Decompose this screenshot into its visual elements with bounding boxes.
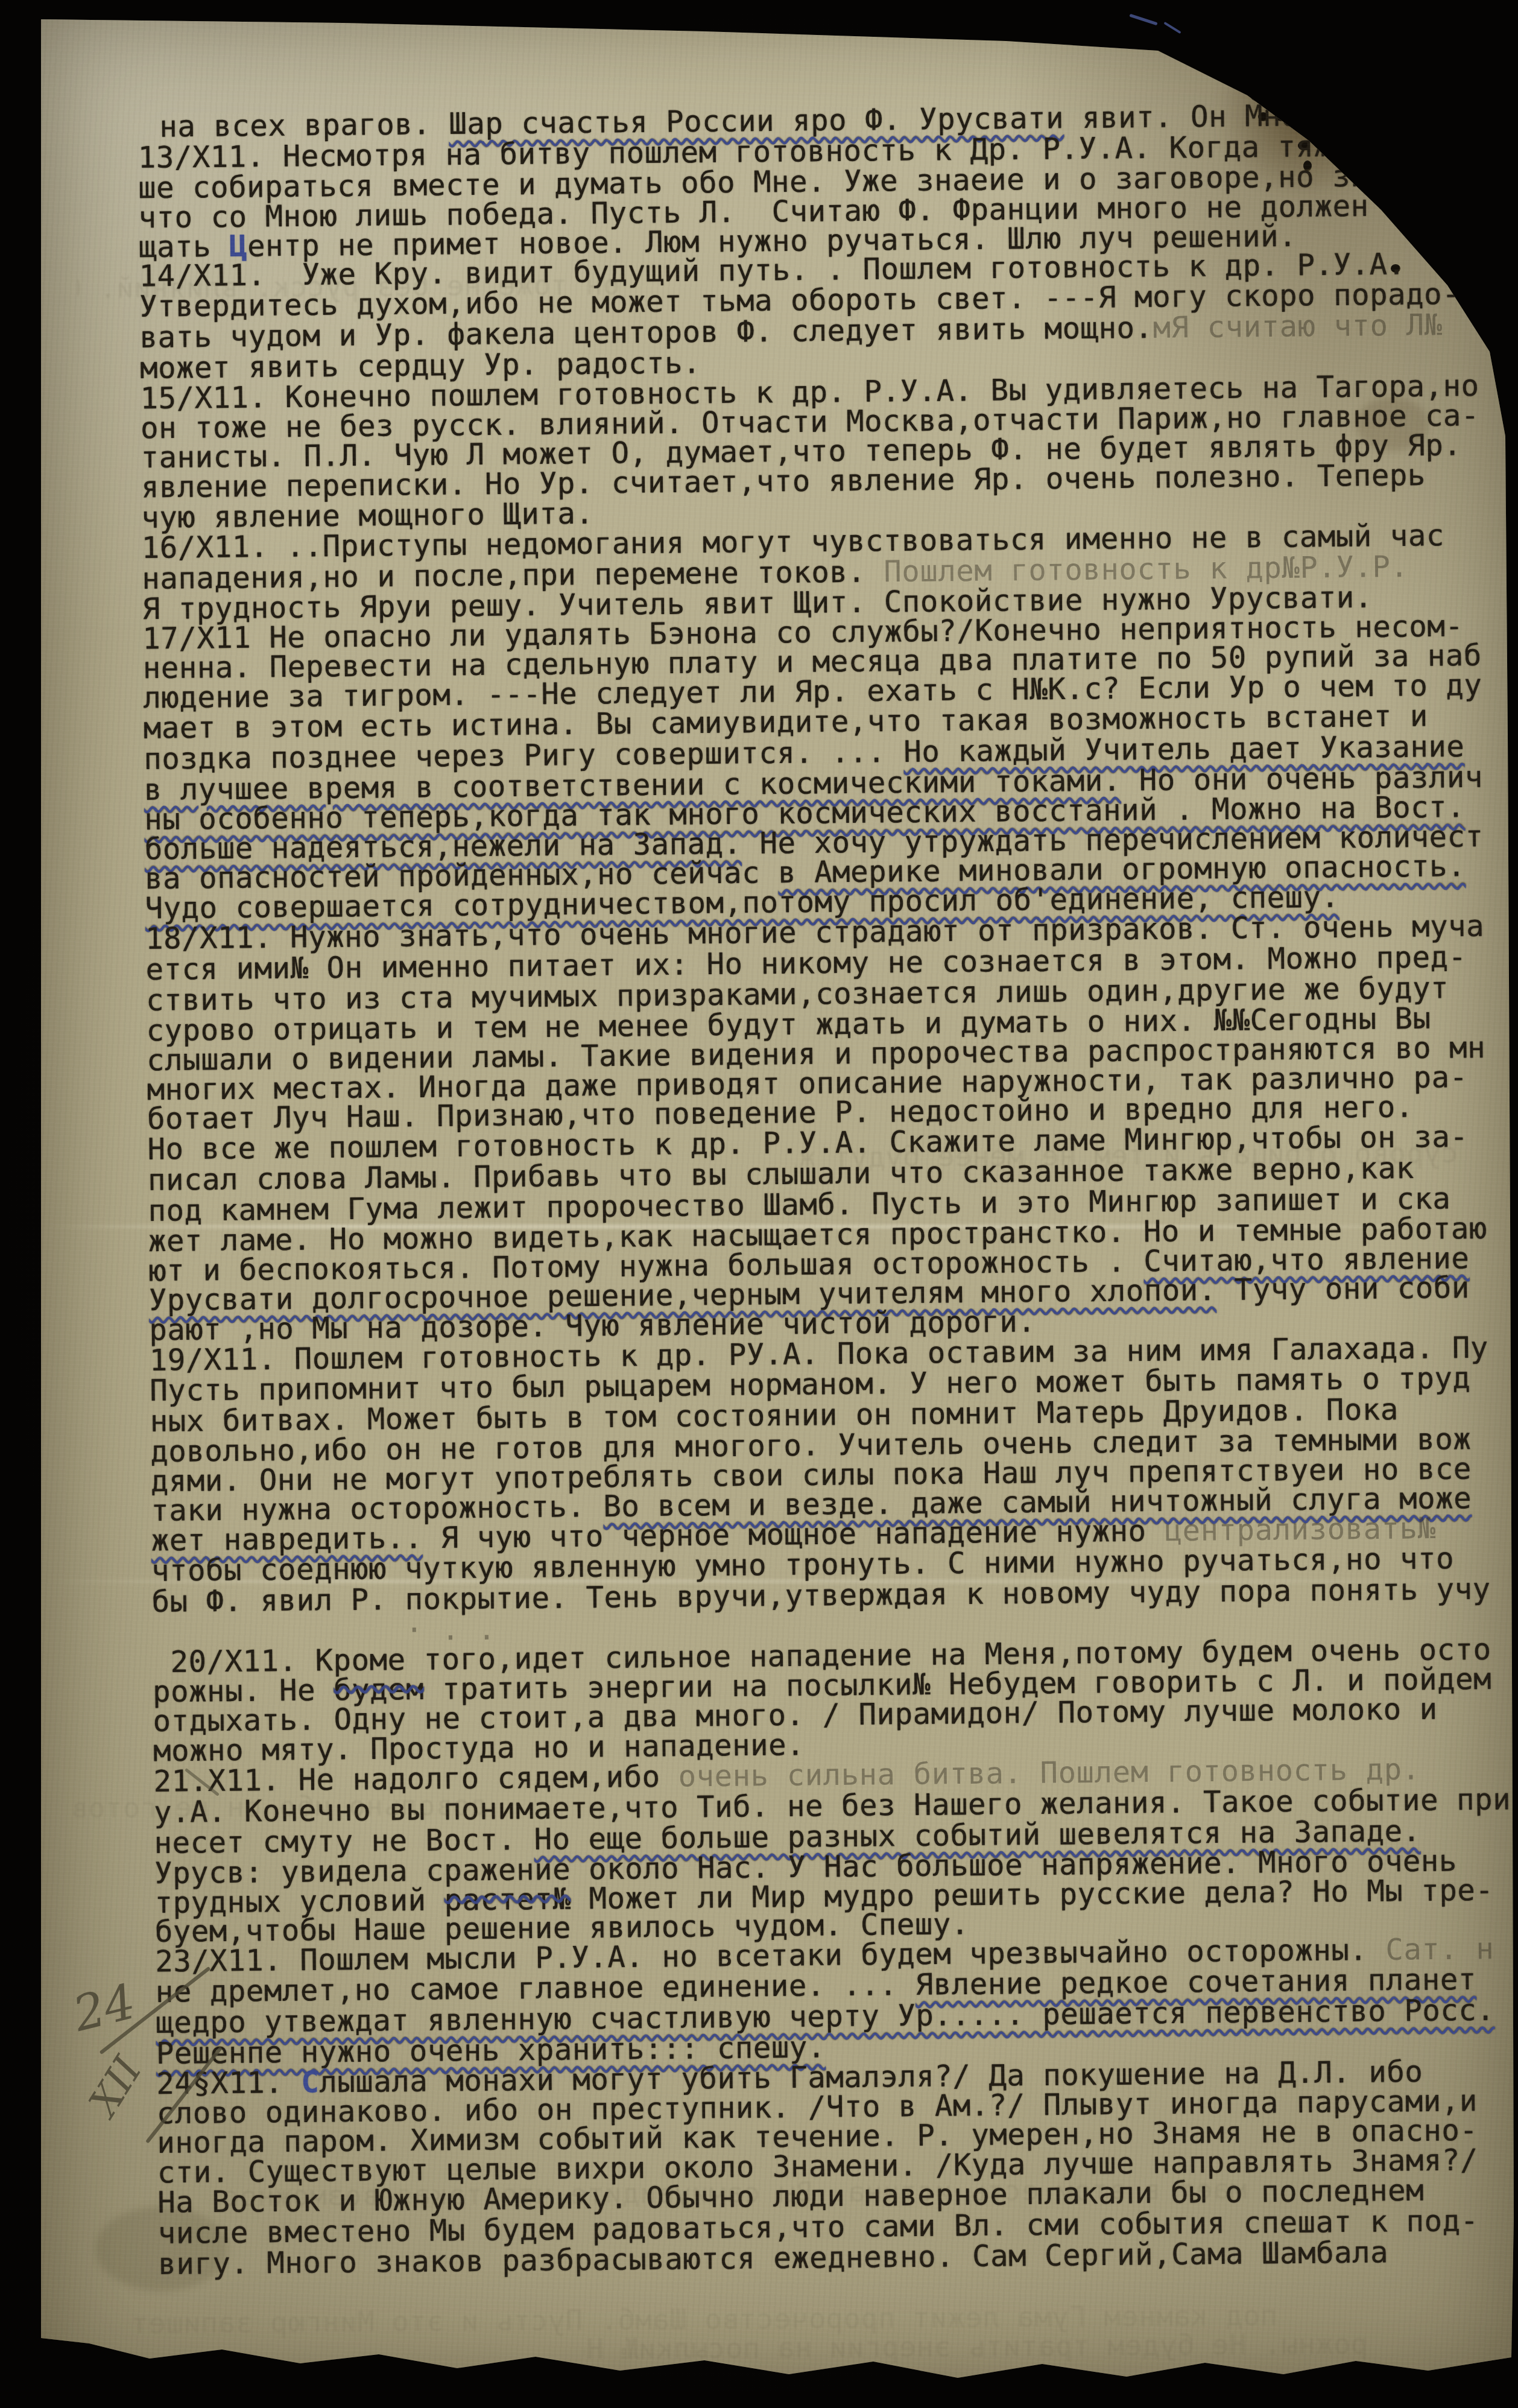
scanned-photograph: на всех врагов. Шар счастья России яро Ф…: [0, 0, 1518, 2408]
typed-segment: мЯ считаю что Л№: [1153, 308, 1443, 346]
ghost-text-line: сурово отрицать и тем не менее будут жда…: [795, 1136, 1458, 1174]
ghost-text-line: рожны. Не будем тратить энергии на посыл…: [584, 2327, 1368, 2366]
ink-scratch-mark: [1163, 22, 1181, 34]
typewritten-text-block: на всех врагов. Шар счастья России яро Ф…: [138, 99, 1518, 2279]
typed-segment: Тучу они соби: [1216, 1270, 1470, 1307]
ghost-text-line: он тоже не без русск. влияний. Отчасти М…: [77, 268, 620, 305]
ink-scratch-mark: [1129, 14, 1157, 26]
ghost-text-line: довольно,ибо он не готов для многого. Уч…: [65, 1789, 487, 1825]
typed-segment: Сат. н: [1385, 1931, 1494, 1967]
document-page: на всех врагов. Шар счастья России яро Ф…: [41, 11, 1514, 2391]
